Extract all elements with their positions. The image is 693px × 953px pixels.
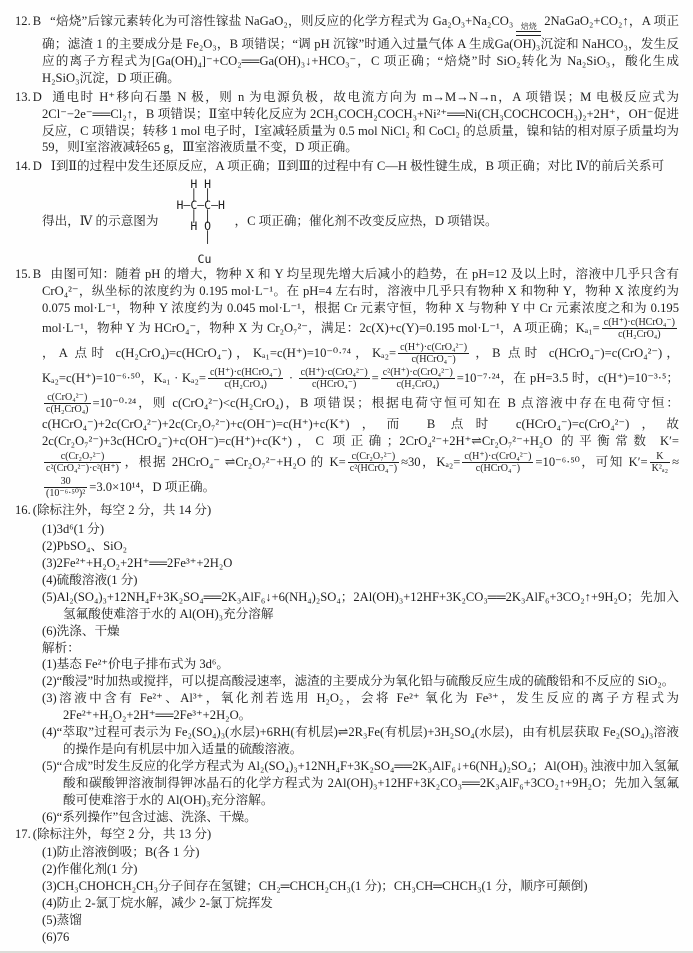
score-note: (除标注外，每空 2 分，共 13 分): [33, 827, 211, 841]
fraction: 30(10⁻⁶·⁵⁰)²: [44, 476, 87, 499]
answer-line: (5)蒸馏: [42, 912, 679, 929]
condition-equals-sign: 焙烧: [516, 22, 541, 36]
question-number: 15.: [15, 267, 31, 281]
question-number: 13.: [15, 90, 31, 104]
molecular-structure-diagram: H H │ │ H—C—C—H │ │ H O │ Cu: [176, 179, 230, 266]
analysis-line: (1)基态 Fe²⁺价电子排布式为 3d⁶。: [42, 656, 679, 673]
question-number: 16.: [15, 503, 31, 517]
fraction: c(H⁺)·c(CrO₄²⁻)c(HCrO₄⁻): [462, 451, 533, 474]
post-diagram-text: ，C 项正确；催化剂不改变反应热，D 项错误。: [234, 213, 679, 230]
answer-line: (1)3d⁶(1 分): [42, 521, 679, 538]
analysis-line: (5)“合成”时发生反应的化学方程式为 Al₂(SO₄)₃+12NH₄F+3K₂…: [42, 758, 679, 809]
answer-item-12: 12.B“焙烧”后镓元素转化为可溶性镓盐 NaGaO₂，则反应的化学方程式为 G…: [15, 13, 679, 87]
metal-label: Cu: [178, 253, 230, 266]
fraction: c(H⁺)·c(HCrO₄⁻)c(H₂CrO₄): [602, 317, 677, 340]
answer-line: (6)76: [42, 929, 679, 946]
fraction: c(Cr₂O₇²⁻)c²(CrO₄²⁻)·c²(H⁺): [44, 451, 121, 474]
answer-line: (1)防止溶液倒吸；B(各 1 分): [42, 844, 679, 861]
fraction: c(H⁺)·c(CrO₄²⁻)c(HCrO₄⁻): [299, 367, 370, 390]
question-number: 17.: [15, 827, 31, 841]
answer-line: (3)2Fe²⁺+H₂O₂+2H⁺══2Fe³⁺+2H₂O: [42, 555, 679, 572]
analysis-label: 解析：: [42, 640, 679, 657]
answer-line: (6)洗涤、干燥: [42, 623, 679, 640]
answer-line: (2)PbSO₄、SiO₂: [42, 538, 679, 555]
explanation-text: 由图可知：随着 pH 的增大，物种 X 和 Y 均呈现先增大后减小的趋势，在 p…: [42, 267, 679, 494]
answer-item-14: 14.DⅠ到Ⅱ的过程中发生还原反应，A 项正确；Ⅱ到Ⅲ的过程中有 C—H 极性键…: [15, 158, 679, 175]
answer-sheet-page: 12.B“焙烧”后镓元素转化为可溶性镓盐 NaGaO₂，则反应的化学方程式为 G…: [0, 0, 693, 953]
answer-line: (4)防止 2-氯丁烷水解，减少 2-氯丁烷挥发: [42, 895, 679, 912]
pre-diagram-text: 得出，Ⅳ 的示意图为: [42, 213, 158, 230]
question-number: 12.: [15, 14, 31, 28]
question-number: 14.: [15, 159, 31, 173]
fraction: c(CrO₄²⁻)c(H₂CrO₄): [44, 392, 91, 415]
structure-line: 得出，Ⅳ 的示意图为 H H │ │ H—C—C—H │ │ H O │ Cu …: [42, 177, 679, 266]
answer-item-16: 16.(除标注外，每空 2 分，共 14 分): [15, 502, 679, 519]
fraction: KK²ₐ₂: [650, 451, 670, 474]
explanation-text: “焙烧”后镓元素转化为可溶性镓盐 NaGaO₂，则反应的化学方程式为 Ga₂O₃…: [42, 14, 679, 85]
analysis-line: (2)“酸浸”时加热或搅拌，可以提高酸浸速率，滤渣的主要成分为氧化铅与硫酸反应生…: [42, 673, 679, 690]
answer-line: (5)Al₂(SO₄)₃+12NH₄F+3K₂SO₄══2K₃AlF₆↓+6(N…: [42, 589, 679, 623]
answer-line: (4)硫酸溶液(1 分): [42, 572, 679, 589]
answer-line: (3)CH₃CHOHCH₂CH₃分子间存在氢键；CH₂═CHCH₂CH₃(1 分…: [42, 878, 679, 895]
answer-letter: D: [33, 159, 42, 173]
explanation-text: 通电时 H⁺移向石墨 N 极，则 n 为电源负极，故电流方向为 m→M→N→n，…: [42, 90, 679, 155]
fraction: c(Cr₂O₇²⁻)c²(HCrO₄⁻): [348, 451, 399, 474]
answer-letter: B: [33, 14, 41, 28]
answer-line: (2)作催化剂(1 分): [42, 861, 679, 878]
analysis-line: (6)“系列操作”包含过滤、洗涤、干燥。: [42, 809, 679, 826]
fraction: c(H⁺)·c(CrO₄²⁻)c(HCrO₄⁻): [398, 342, 469, 365]
answer-letter: B: [33, 267, 41, 281]
answer-item-17: 17.(除标注外，每空 2 分，共 13 分): [15, 826, 679, 843]
score-note: (除标注外，每空 2 分，共 14 分): [33, 503, 211, 517]
explanation-text: Ⅰ到Ⅱ的过程中发生还原反应，A 项正确；Ⅱ到Ⅲ的过程中有 C—H 极性键生成，B…: [51, 159, 664, 173]
analysis-line: (4)“萃取”过程可表示为 Fe₂(SO₄)₃(水层)+6RH(有机层)⇌2R₃…: [42, 724, 679, 758]
fraction: c(H⁺)·c(HCrO₄⁻)c(H₂CrO₄): [208, 367, 283, 390]
structure-row: │: [176, 232, 230, 243]
fraction: c²(H⁺)·c(CrO₄²⁻)c(H₂CrO₄): [381, 367, 455, 390]
answer-item-15: 15.B由图可知：随着 pH 的增大，物种 X 和 Y 均呈现先增大后减小的趋势…: [15, 266, 679, 501]
answer-item-13: 13.D通电时 H⁺移向石墨 N 极，则 n 为电源负极，故电流方向为 m→M→…: [15, 89, 679, 157]
analysis-line: (3)溶液中含有 Fe²⁺、Al³⁺，氧化剂若选用 H₂O₂，会将 Fe²⁺ 氧…: [42, 690, 679, 724]
answer-letter: D: [33, 90, 42, 104]
